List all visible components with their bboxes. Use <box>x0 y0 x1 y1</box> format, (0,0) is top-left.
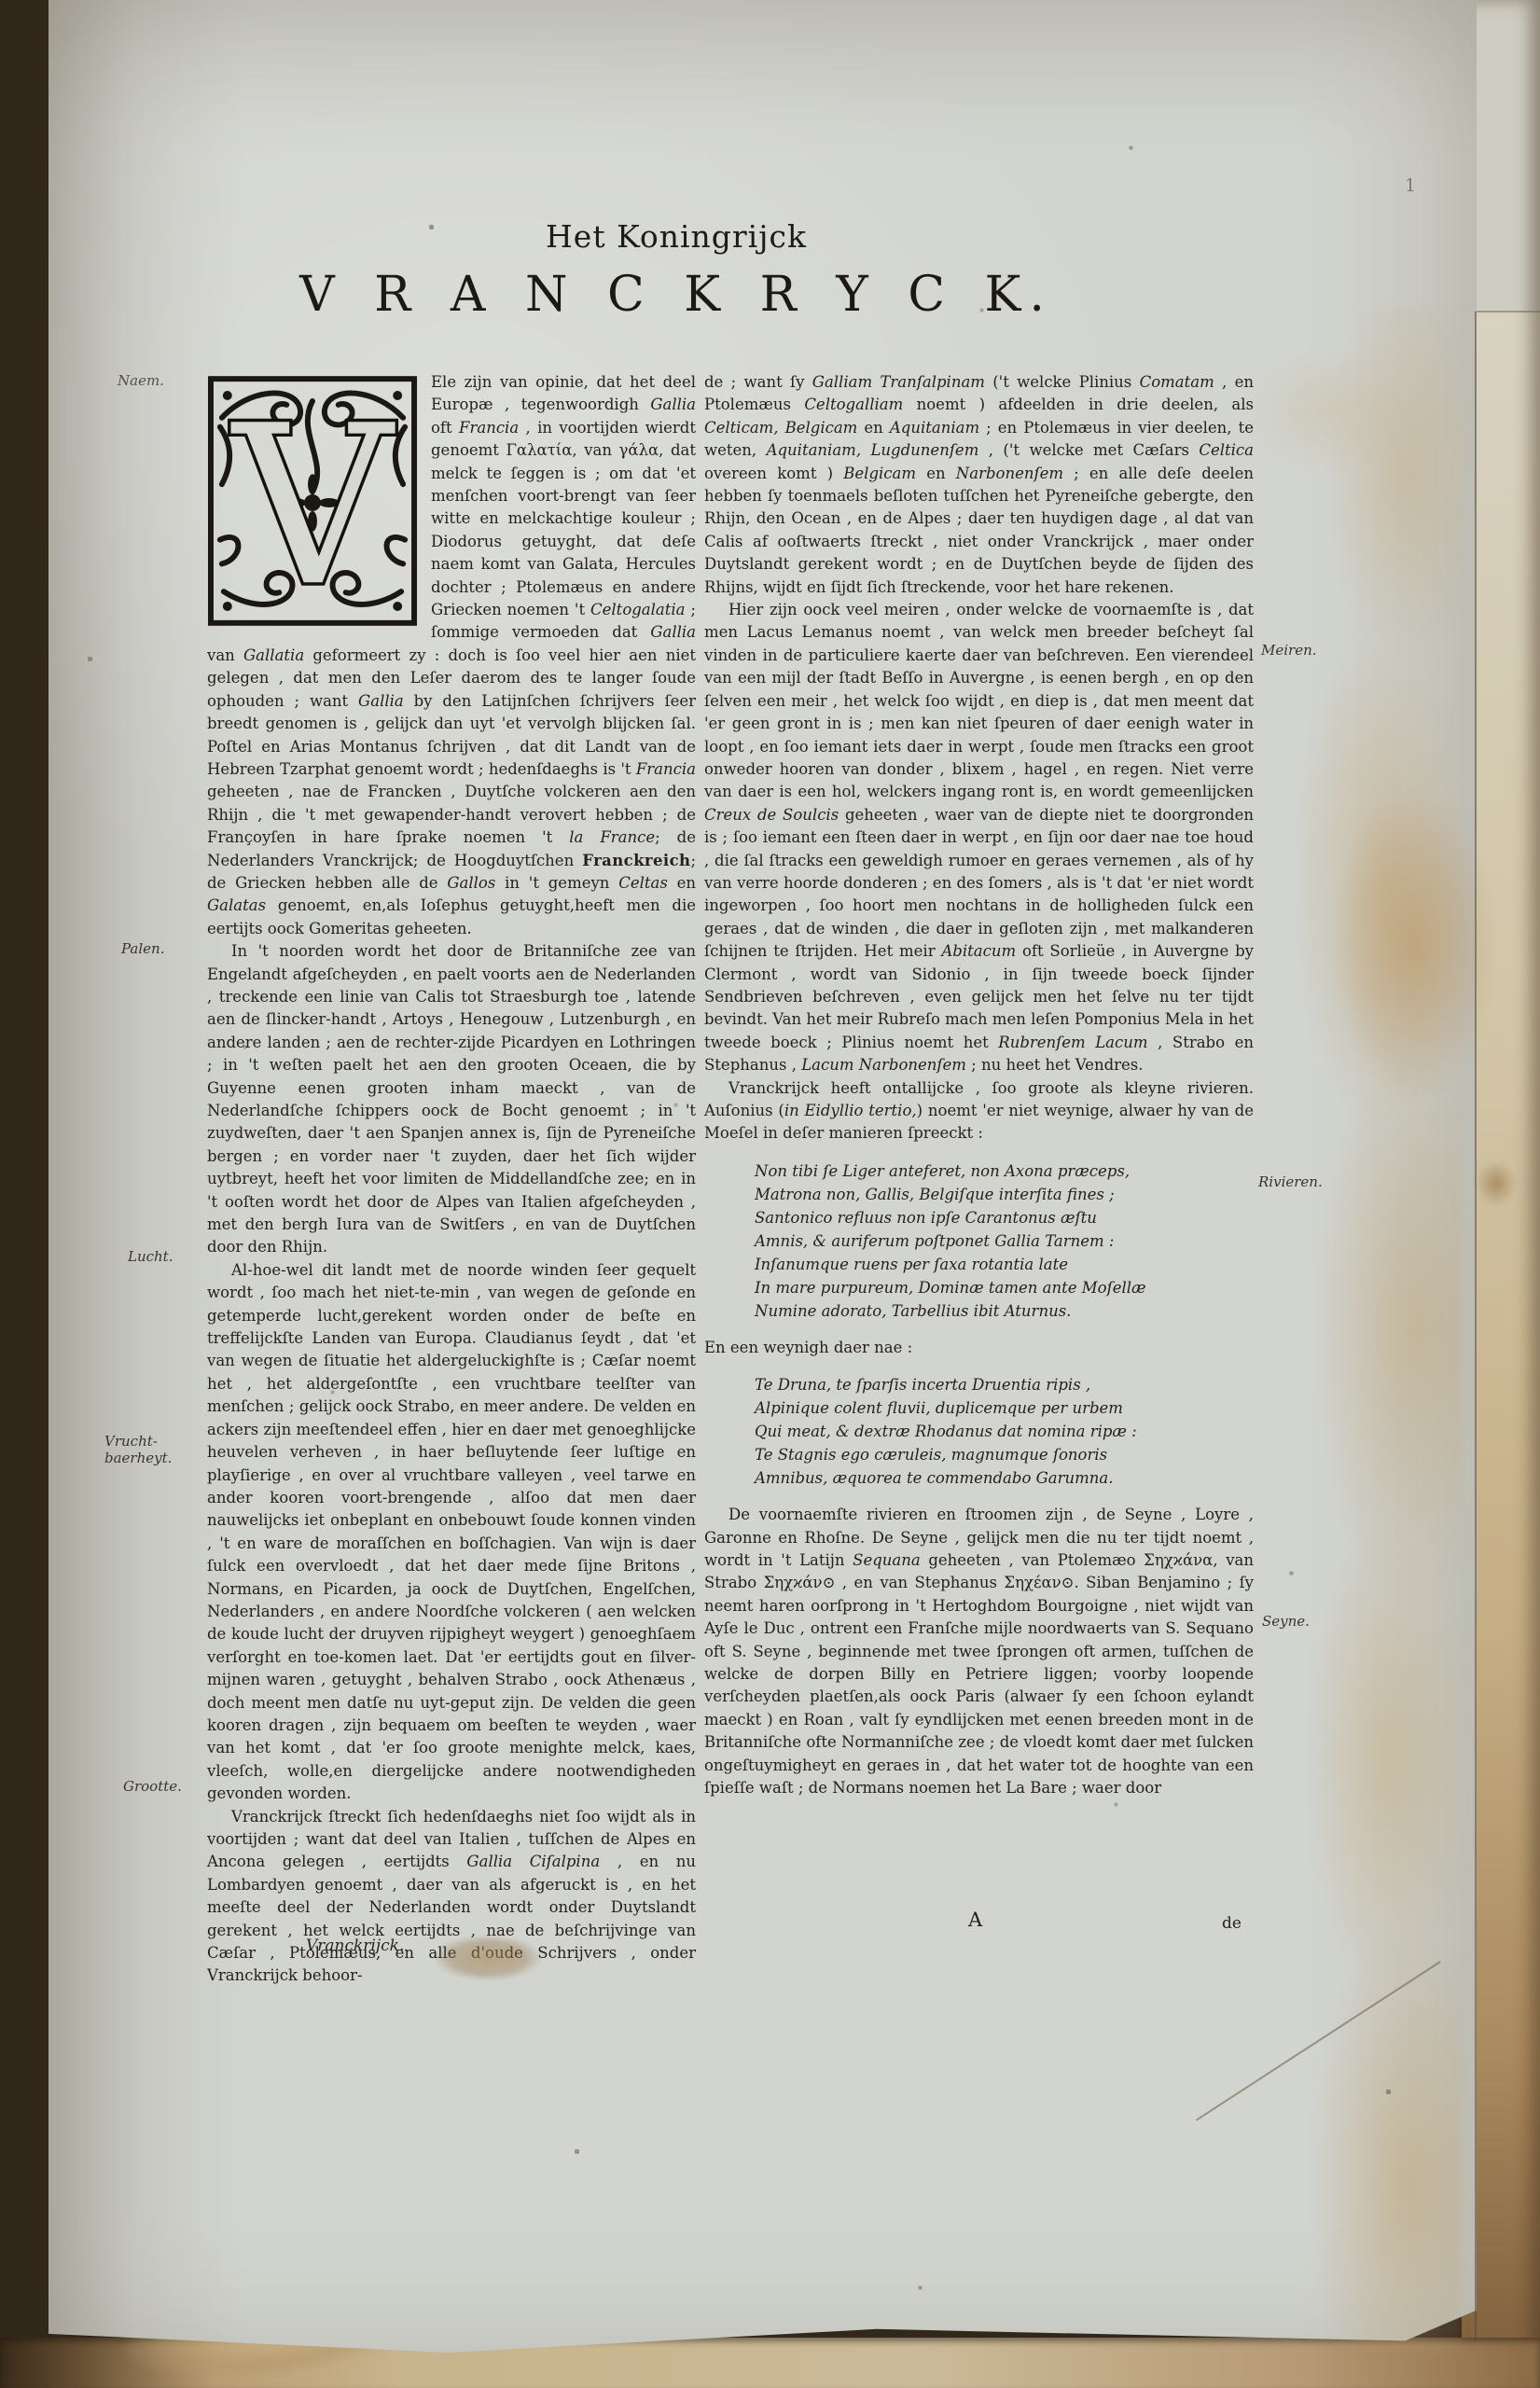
poem-line: Qui meat, & dextræ Rhodanus dat nomina r… <box>755 1420 1254 1443</box>
drop-cap-ornament: V <box>207 374 418 628</box>
drop-cap-woodcut: V <box>207 374 418 628</box>
margin-note-vrucht-line2: baerheyt. <box>104 1450 172 1466</box>
poem-line: Non tibi ſe Liger anteferet, non Axona p… <box>755 1159 1254 1183</box>
poem-line: Santonico refluus non ipſe Carantonus æſ… <box>755 1206 1254 1229</box>
margin-note-vruchtbaerheyt: Vrucht- baerheyt. <box>104 1433 172 1466</box>
paragraph-continuation: de ; want ſy Galliam Tranſalpinam ('t we… <box>704 371 1254 599</box>
folio-number: 1 <box>1405 175 1416 196</box>
paragraph-seyne: De voornaemſte rivieren en ſtroomen zijn… <box>704 1504 1254 1799</box>
poem-line: Amnibus, æquorea te commendabo Garumna. <box>755 1466 1254 1490</box>
poem-line: Te Stagnis ego cæruleis, magnumque ſonor… <box>755 1443 1254 1466</box>
catchword-right: de <box>1222 1914 1242 1933</box>
poem-line: Numine adorato, Tarbellius ibit Aturnus. <box>755 1299 1254 1323</box>
paragraph-palen: In 't noorden wordt het door de Britanni… <box>207 940 696 1259</box>
text-column-right: de ; want ſy Galliam Tranſalpinam ('t we… <box>704 371 1254 1800</box>
poem-line: Te Druna, te ſparſis incerta Druentia ri… <box>755 1373 1254 1396</box>
paragraph-rivieren: Vranckrijck heeft ontallijcke , ſoo groo… <box>704 1077 1254 1145</box>
paragraph-meiren: Hier zijn oock veel meiren , onder welck… <box>704 599 1254 1077</box>
stain-blot-right-middle <box>1332 789 1498 1103</box>
paragraph-lucht: Al-hoe-wel dit landt met de noorde winde… <box>207 1259 696 1806</box>
page-title: V R A N C K R Y C K. <box>140 267 1213 323</box>
margin-note-rivieren: Rivieren. <box>1258 1173 1323 1190</box>
latin-poem-1: Non tibi ſe Liger anteferet, non Axona p… <box>755 1159 1254 1323</box>
margin-note-meiren: Meiren. <box>1261 642 1317 659</box>
poem-interlude: En een weynigh daer nae : <box>704 1337 1254 1359</box>
margin-note-vrucht-line1: Vrucht- <box>104 1433 172 1450</box>
poem-line: Alpinique colent fluvii, duplicemque per… <box>755 1396 1254 1420</box>
book-photo: 1 Het Koningrijck V R A N C K R Y C K. N… <box>0 0 1540 2388</box>
header-kicker: Het Koningrijck <box>168 218 1185 255</box>
latin-poem-2: Te Druna, te ſparſis incerta Druentia ri… <box>755 1373 1254 1490</box>
catchword-left: Vranckrijck. <box>306 1937 404 1955</box>
stain-spot-right-edge <box>1468 1153 1524 1215</box>
stain-over-catchword <box>420 1929 556 1987</box>
margin-note-palen: Palen. <box>121 940 164 957</box>
stain-faint-top-right <box>1228 332 1423 491</box>
poem-line: Amnis, & auriferum poſtponet Gallia Tarn… <box>755 1229 1254 1253</box>
poem-line: Matrona non, Gallis, Belgiſque interſita… <box>755 1183 1254 1206</box>
paragraph-naem: V Ele zijn van opinie, dat het deel Euro… <box>207 371 696 940</box>
poem-line: In mare purpureum, Dominæ tamen ante Moſ… <box>755 1276 1254 1299</box>
margin-note-lucht: Lucht. <box>128 1248 173 1265</box>
text-column-left: V Ele zijn van opinie, dat het deel Euro… <box>207 371 696 1988</box>
margin-note-naem: Naem. <box>118 372 164 389</box>
page-edge-line <box>1475 312 1477 2341</box>
margin-note-grootte: Grootte. <box>123 1778 182 1795</box>
poem-line: Inſanumque ruens per ſaxa rotantia late <box>755 1253 1254 1276</box>
signature-mark: A <box>968 1909 982 1931</box>
drop-cap-letter: V <box>230 378 395 628</box>
margin-note-seyne: Seyne. <box>1262 1613 1310 1630</box>
foxing-specks <box>0 0 1 1</box>
